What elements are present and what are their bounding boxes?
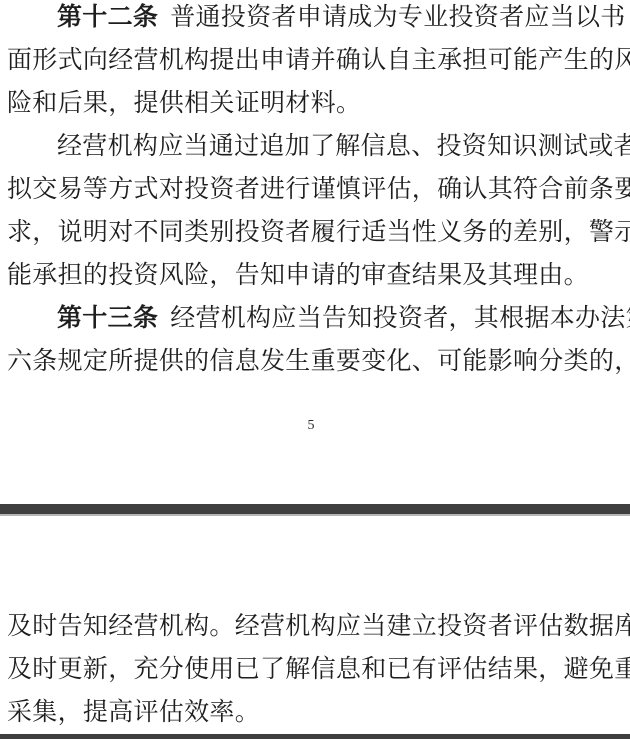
document-line: 险和后果，提供相关证明材料。 <box>7 86 623 122</box>
document-line: 六条规定所提供的信息发生重要变化、可能影响分类的，应 <box>7 344 623 380</box>
document-line: 经营机构应当通过追加了解信息、投资知识测试或者模 <box>7 129 623 165</box>
document-line: 拟交易等方式对投资者进行谨慎评估，确认其符合前条要 <box>7 172 623 208</box>
line-text: 经营机构应当告知投资者，其根据本办法第 <box>170 305 630 332</box>
article-12-heading: 第十二条 <box>57 4 158 31</box>
document-line: 面形式向经营机构提出申请并确认自主承担可能产生的风 <box>7 43 623 79</box>
article-13-heading: 第十三条 <box>57 305 158 332</box>
document-line: 能承担的投资风险，告知申请的审查结果及其理由。 <box>7 258 623 294</box>
line-text: 普通投资者申请成为专业投资者应当以书 <box>170 4 625 31</box>
document-line: 第十二条普通投资者申请成为专业投资者应当以书 <box>7 0 623 36</box>
bottom-page-separator-bar <box>0 734 630 739</box>
page-separator-edge <box>0 514 630 516</box>
document-line: 采集，提高评估效率。 <box>7 695 623 731</box>
document-line: 及时更新，充分使用已了解信息和已有评估结果，避免重复 <box>7 652 623 688</box>
page-number: 5 <box>0 412 622 440</box>
document-line: 及时告知经营机构。经营机构应当建立投资者评估数据库并 <box>7 609 623 645</box>
document-line: 求，说明对不同类别投资者履行适当性义务的差别，警示可 <box>7 215 623 251</box>
document-line: 第十三条经营机构应当告知投资者，其根据本办法第 <box>7 301 623 337</box>
page-separator-bar <box>0 504 630 514</box>
pdf-document-view: 第十二条普通投资者申请成为专业投资者应当以书 面形式向经营机构提出申请并确认自主… <box>0 0 630 739</box>
